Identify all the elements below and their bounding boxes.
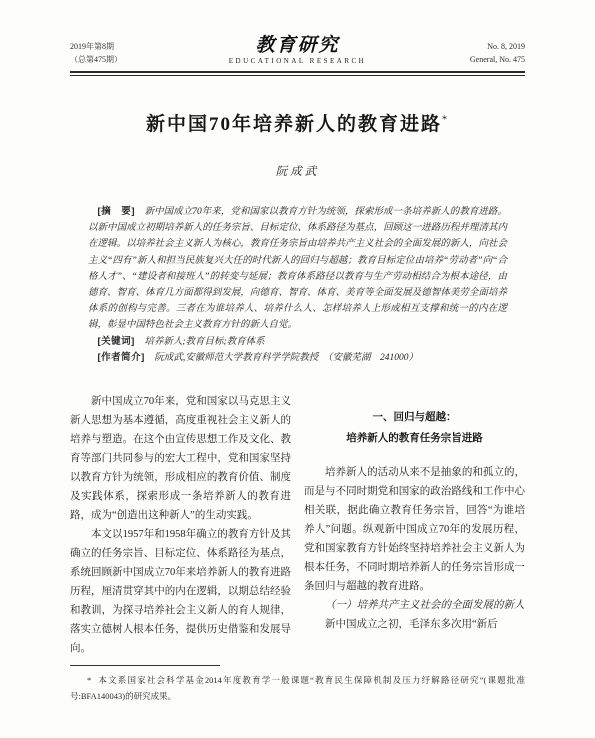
front-matter: [摘 要] 新中国成立70年来，党和国家以教育方针为统领，探索形成一条培养新人的… bbox=[70, 204, 525, 366]
journal-name: 教育研究 bbox=[190, 36, 405, 56]
author-bio-text: 阮成武,安徽师范大学教育科学学院教授 （安徽芜湖 241000） bbox=[154, 353, 418, 363]
issue-cumulative-number: （总第475期） bbox=[70, 53, 190, 66]
article-title: 新中国70年培养新人的教育进路* bbox=[70, 109, 525, 136]
journal-header: 2019年第8期 （总第475期） 教育研究 EDUCATIONAL RESEA… bbox=[70, 36, 525, 66]
footnote-marker: * bbox=[87, 675, 97, 685]
issue-number-en: No. 8, 2019 bbox=[405, 40, 525, 53]
section-heading-line2: 培养新人的教育任务宗旨进路 bbox=[304, 428, 525, 449]
footnote-text: 本文系国家社会科学基金2014年度教育学一般课题“教育民生保障机制及压力纾解路径… bbox=[70, 675, 525, 701]
article-body: 新中国成立70年来，党和国家以马克思主义新人思想为基本遵循，高度重视社会主义新人… bbox=[70, 392, 525, 658]
title-footnote-marker: * bbox=[442, 115, 449, 126]
abstract-paragraph: [摘 要] 新中国成立70年来，党和国家以教育方针为统领，探索形成一条培养新人的… bbox=[88, 204, 507, 334]
issue-info-right: No. 8, 2019 General, No. 475 bbox=[405, 40, 525, 66]
body-paragraph: 新中国成立之初，毛泽东多次用“新后 bbox=[304, 615, 525, 634]
journal-page: 2019年第8期 （总第475期） 教育研究 EDUCATIONAL RESEA… bbox=[0, 0, 595, 738]
keywords-text: 培养新人;教育目标;教育体系 bbox=[144, 337, 264, 347]
section-heading: 一、回归与超越： 培养新人的教育任务宗旨进路 bbox=[304, 407, 525, 449]
author-name: 阮成武 bbox=[70, 163, 525, 179]
journal-masthead: 教育研究 EDUCATIONAL RESEARCH bbox=[190, 36, 405, 66]
article-title-text: 新中国70年培养新人的教育进路 bbox=[146, 114, 442, 135]
right-column: 一、回归与超越： 培养新人的教育任务宗旨进路 培养新人的活动从来不是抽象的和孤立… bbox=[304, 392, 525, 658]
header-divider-rule bbox=[70, 71, 525, 76]
keywords-paragraph: [关键词] 培养新人;教育目标;教育体系 bbox=[88, 334, 507, 350]
abstract-label: [摘 要] bbox=[98, 206, 135, 217]
footnote: *本文系国家社会科学基金2014年度教育学一般课题“教育民生保障机制及压力纾解路… bbox=[70, 673, 525, 704]
journal-name-english: EDUCATIONAL RESEARCH bbox=[190, 56, 405, 66]
subsection-heading: （一）培养共产主义社会的全面发展的新人 bbox=[304, 596, 525, 615]
author-bio-paragraph: [作者简介] 阮成武,安徽师范大学教育科学学院教授 （安徽芜湖 241000） bbox=[88, 350, 507, 366]
section-heading-line1: 一、回归与超越： bbox=[304, 407, 525, 428]
left-column: 新中国成立70年来，党和国家以马克思主义新人思想为基本遵循，高度重视社会主义新人… bbox=[70, 392, 291, 658]
body-paragraph: 本文以1957年和1958年确立的教育方针及其确立的任务宗旨、目标定位、体系路径… bbox=[70, 525, 291, 658]
author-bio-label: [作者简介] bbox=[98, 352, 145, 363]
abstract-text: 新中国成立70年来，党和国家以教育方针为统领，探索形成一条培养新人的教育进路。以… bbox=[88, 207, 507, 330]
footnote-paragraph: *本文系国家社会科学基金2014年度教育学一般课题“教育民生保障机制及压力纾解路… bbox=[70, 673, 525, 704]
body-paragraph: 新中国成立70年来，党和国家以马克思主义新人思想为基本遵循，高度重视社会主义新人… bbox=[70, 392, 291, 525]
body-paragraph: 培养新人的活动从来不是抽象的和孤立的，而是与不同时期党和国家的政治路线和工作中心… bbox=[304, 463, 525, 596]
issue-general-number-en: General, No. 475 bbox=[405, 53, 525, 66]
footnote-divider-rule bbox=[70, 665, 220, 666]
issue-year-number: 2019年第8期 bbox=[70, 40, 190, 53]
issue-info-left: 2019年第8期 （总第475期） bbox=[70, 40, 190, 66]
keywords-label: [关键词] bbox=[98, 336, 135, 347]
